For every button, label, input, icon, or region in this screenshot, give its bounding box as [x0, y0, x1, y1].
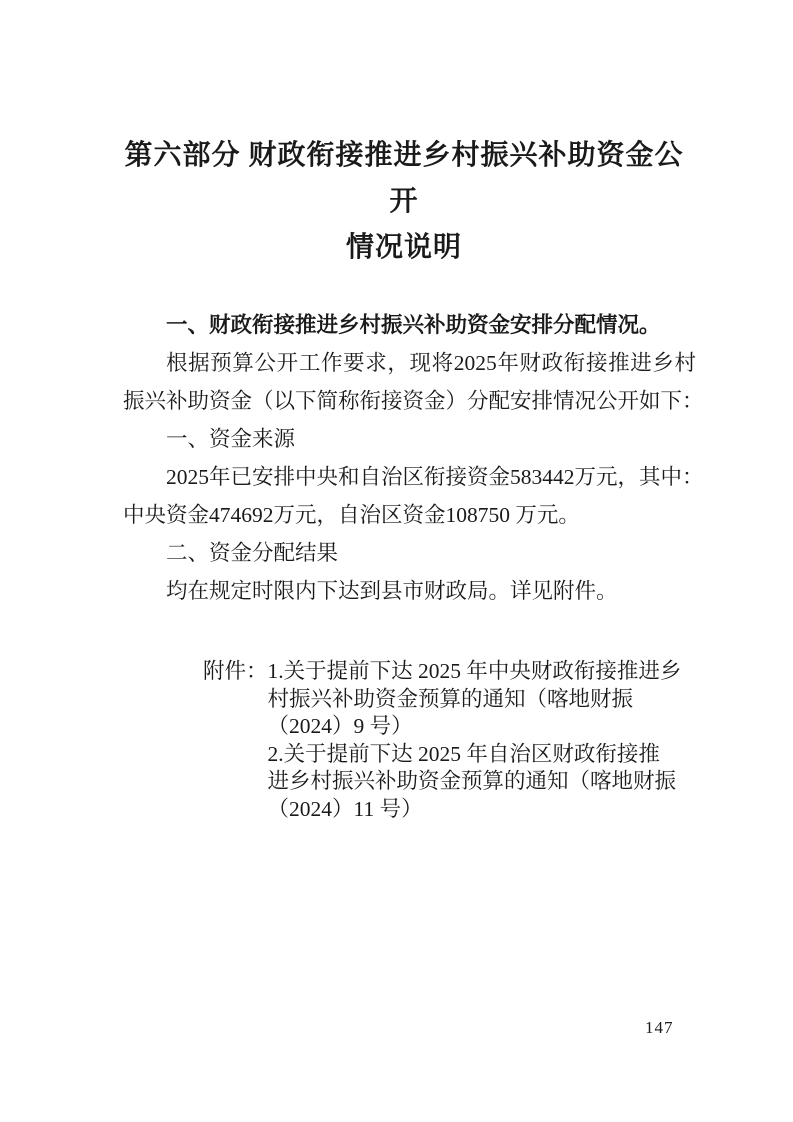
- intro-line-2: 振兴补助资金（以下简称衔接资金）分配安排情况公开如下：: [123, 382, 696, 420]
- attachment-item-2: 2.关于提前下达 2025 年自治区财政衔接推 进乡村振兴补助资金预算的通知（喀…: [268, 741, 696, 824]
- attachment-item-1: 1.关于提前下达 2025 年中央财政衔接推进乡 村振兴补助资金预算的通知（喀地…: [268, 658, 696, 741]
- title-line-1: 第六部分 财政衔接推进乡村振兴补助资金公开: [112, 133, 696, 225]
- subsection-2-body: 均在规定时限内下达到县市财政局。详见附件。: [123, 572, 696, 610]
- attachment-2-line-3: （2024）11 号）: [268, 796, 696, 824]
- attachment-2-line-1: 2.关于提前下达 2025 年自治区财政衔接推: [268, 741, 696, 769]
- intro-paragraph: 根据预算公开工作要求，现将2025年财政衔接推进乡村 振兴补助资金（以下简称衔接…: [123, 344, 696, 420]
- title-line-2: 情况说明: [112, 225, 696, 271]
- attachments-list: 1.关于提前下达 2025 年中央财政衔接推进乡 村振兴补助资金预算的通知（喀地…: [268, 658, 696, 823]
- intro-line-1: 根据预算公开工作要求，现将2025年财政衔接推进乡村: [123, 344, 696, 382]
- document-title: 第六部分 财政衔接推进乡村振兴补助资金公开 情况说明: [112, 133, 696, 271]
- document-content: 第六部分 财政衔接推进乡村振兴补助资金公开 情况说明 一、财政衔接推进乡村振兴补…: [123, 0, 696, 823]
- subsection-1-line-1: 2025年已安排中央和自治区衔接资金583442万元，其中：: [123, 458, 696, 496]
- subsection-1-line-2: 中央资金474692万元，自治区资金108750 万元。: [123, 496, 696, 534]
- subsection-2-heading: 二、资金分配结果: [123, 534, 696, 572]
- document-page: 第六部分 财政衔接推进乡村振兴补助资金公开 情况说明 一、财政衔接推进乡村振兴补…: [0, 0, 793, 1122]
- attachments-label: 附件：: [203, 658, 268, 686]
- attachment-1-line-3: （2024）9 号）: [268, 713, 696, 741]
- subsection-1-paragraph: 2025年已安排中央和自治区衔接资金583442万元，其中： 中央资金47469…: [123, 458, 696, 534]
- section-heading: 一、财政衔接推进乡村振兴补助资金安排分配情况。: [123, 306, 696, 344]
- attachment-2-line-2: 进乡村振兴补助资金预算的通知（喀地财振: [268, 768, 696, 796]
- subsection-1-heading: 一、资金来源: [123, 420, 696, 458]
- attachments-block: 附件： 1.关于提前下达 2025 年中央财政衔接推进乡 村振兴补助资金预算的通…: [203, 658, 696, 823]
- attachment-1-line-1: 1.关于提前下达 2025 年中央财政衔接推进乡: [268, 658, 696, 686]
- page-number: 147: [645, 1018, 674, 1038]
- attachment-1-line-2: 村振兴补助资金预算的通知（喀地财振: [268, 686, 696, 714]
